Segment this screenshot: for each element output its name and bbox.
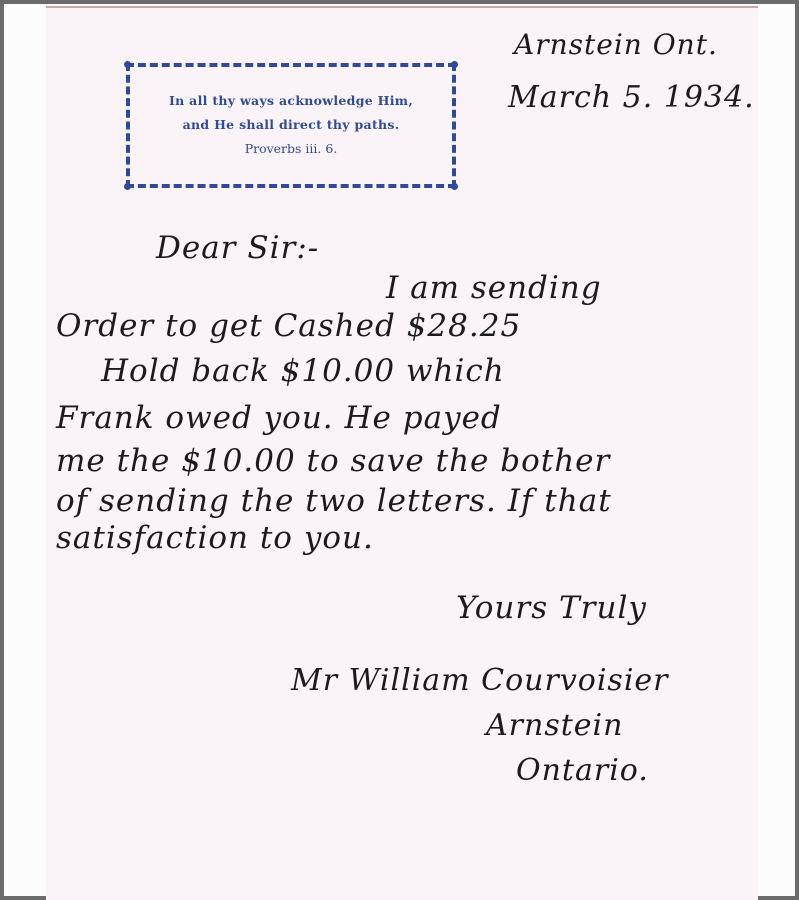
letter-place: Arnstein Ont. (514, 28, 718, 61)
signature-town: Arnstein (486, 708, 623, 743)
signature-province: Ontario. (516, 753, 649, 788)
scripture-verse-box: In all thy ways acknowledge Him, and He … (126, 63, 456, 188)
letter-paper: In all thy ways acknowledge Him, and He … (46, 6, 758, 900)
body-line: of sending the two letters. If that (56, 483, 612, 519)
body-line: I am sending (386, 270, 602, 306)
salutation: Dear Sir:- (156, 230, 319, 266)
box-corner-dot-icon (451, 61, 458, 68)
body-line: me the $10.00 to save the bother (56, 443, 610, 479)
body-line: Hold back $10.00 which (101, 353, 505, 389)
verse-line-1: In all thy ways acknowledge Him, (130, 93, 452, 108)
image-frame: In all thy ways acknowledge Him, and He … (0, 0, 799, 900)
body-line: satisfaction to you. (56, 520, 374, 556)
letter-date: March 5. 1934. (508, 80, 755, 115)
box-corner-dot-icon (124, 183, 131, 190)
body-line: Frank owed you. He payed (56, 400, 502, 436)
box-corner-dot-icon (451, 183, 458, 190)
signature-name: Mr William Courvoisier (291, 663, 669, 698)
box-corner-dot-icon (124, 61, 131, 68)
closing: Yours Truly (456, 590, 647, 626)
verse-reference: Proverbs iii. 6. (130, 141, 452, 156)
verse-line-2: and He shall direct thy paths. (130, 117, 452, 132)
body-line: Order to get Cashed $28.25 (56, 308, 521, 344)
